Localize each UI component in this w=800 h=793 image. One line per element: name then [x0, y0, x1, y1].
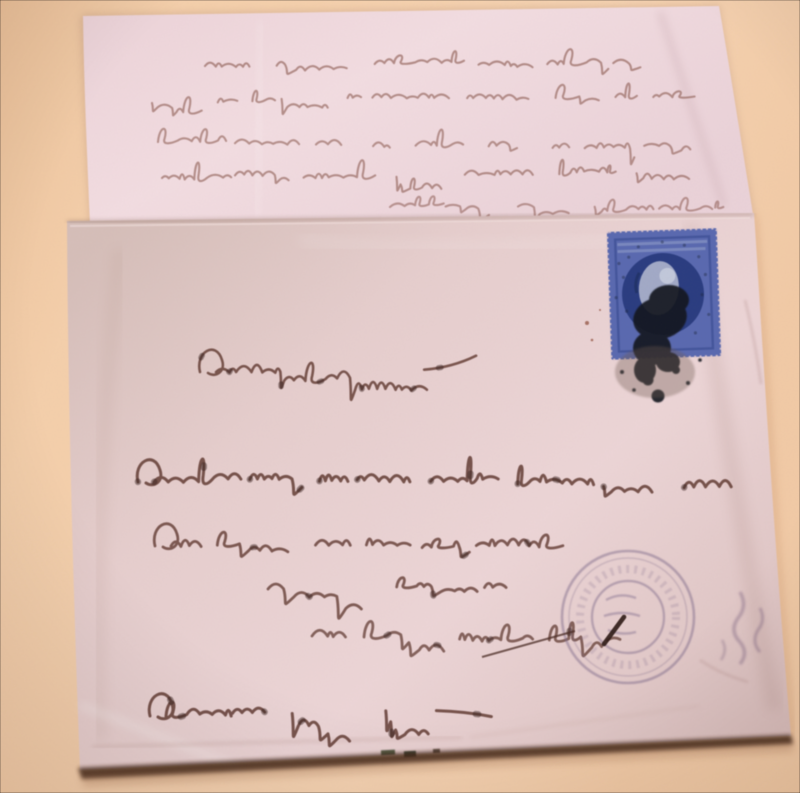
vignette-overlay: [0, 0, 800, 793]
scene-svg: [0, 0, 800, 793]
photograph-of-envelope: Photograph of a 19th-century French cove…: [0, 0, 800, 793]
